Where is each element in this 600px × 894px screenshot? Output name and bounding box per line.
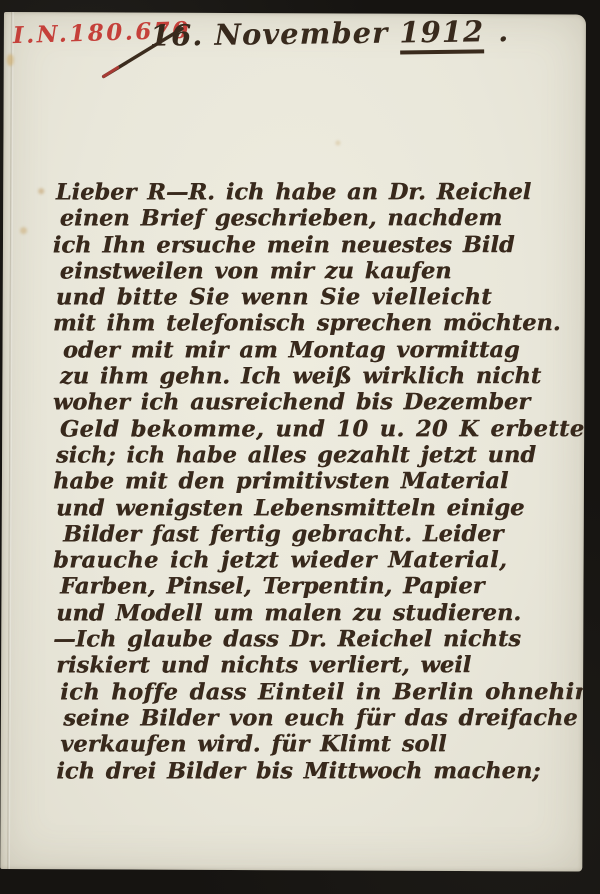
- handwritten-line: oder mit mir am Montag vormittag: [63, 337, 556, 364]
- handwritten-line: woher ich ausreichend bis Dezember: [53, 389, 556, 416]
- letter-page: I.N.180.670 16. November 1912. Lieber R—…: [0, 12, 586, 872]
- handwritten-line: Farben, Pinsel, Terpentin, Papier: [60, 574, 556, 601]
- foxing-spot: [335, 140, 340, 145]
- foxing-spot: [7, 54, 14, 66]
- date-period: .: [498, 14, 510, 48]
- handwritten-line: habe mit den primitivsten Material: [53, 468, 556, 495]
- handwritten-line: seine Bilder von euch für das dreifache: [63, 705, 556, 732]
- handwritten-line: Lieber R—R. ich habe an Dr. Reichel: [56, 179, 556, 206]
- date-month: November: [214, 16, 388, 52]
- handwritten-line: sich; ich habe alles gezahlt jetzt und: [56, 442, 556, 469]
- handwritten-line: und Modell um malen zu studieren.: [56, 600, 556, 627]
- handwritten-line: verkaufen wird. für Klimt soll: [60, 731, 556, 758]
- handwritten-line: und bitte Sie wenn Sie vielleicht: [56, 284, 556, 311]
- handwritten-line: Geld bekomme, und 10 u. 20 K erbetteln: [60, 416, 556, 443]
- handwritten-line: einen Brief geschrieben, nachdem: [60, 205, 556, 232]
- letter-body: Lieber R—R. ich habe an Dr. Reichel eine…: [56, 179, 557, 784]
- handwritten-line: brauche ich jetzt wieder Material,: [53, 547, 556, 574]
- handwritten-line: Bilder fast fertig gebracht. Leider: [63, 521, 556, 548]
- foxing-spot: [38, 188, 44, 194]
- foxing-spot: [20, 227, 27, 234]
- dateline: 16. November 1912.: [150, 14, 510, 53]
- handwritten-line: einstweilen von mir zu kaufen: [60, 258, 556, 285]
- handwritten-line: ich Ihn ersuche mein neuestes Bild: [53, 232, 556, 259]
- date-day: 16.: [150, 18, 204, 53]
- handwritten-line: ich drei Bilder bis Mittwoch machen;: [56, 758, 556, 785]
- page-crease: [7, 12, 14, 869]
- handwritten-line: —Ich glaube dass Dr. Reichel nichts: [53, 626, 556, 653]
- handwritten-line: mit ihm telefonisch sprechen möchten.: [53, 311, 556, 338]
- date-year-underlined: 1912: [399, 14, 484, 54]
- handwritten-line: zu ihm gehn. Ich weiß wirklich nicht: [60, 363, 556, 390]
- handwritten-line: riskiert und nichts verliert, weil: [56, 652, 556, 679]
- handwritten-line: und wenigsten Lebensmitteln einige: [56, 495, 556, 522]
- handwritten-line: ich hoffe dass Einteil in Berlin ohnehin: [60, 679, 556, 706]
